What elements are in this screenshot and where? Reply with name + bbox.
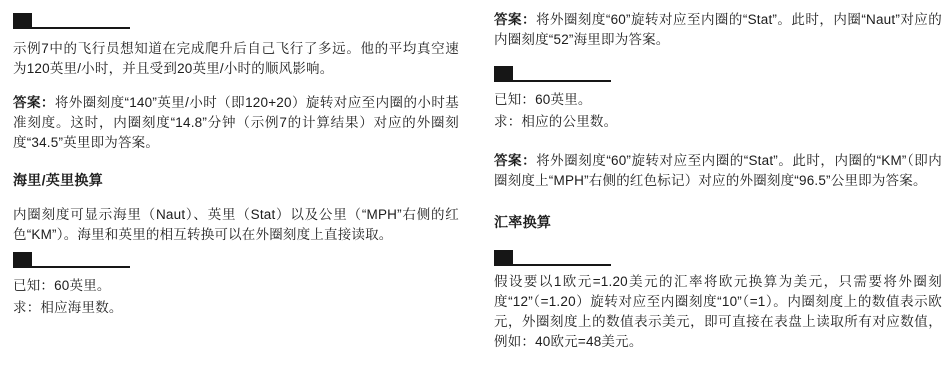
answer-paragraph-nautical: 答案：将外圈刻度“60”旋转对应至内圈的“Stat”。此时，内圈“Naut”对应…: [494, 10, 942, 50]
find-line: 求：相应的公里数。: [494, 111, 942, 133]
flight-distance-paragraph: 示例7中的飞行员想知道在完成爬升后自己飞行了多远。他的平均真空速为120英里/小…: [13, 39, 459, 79]
answer-text: 将外圈刻度“140”英里/小时（即120+20）旋转对应至内圈的小时基准刻度。这…: [13, 95, 459, 150]
example-heading-redaction-4: [494, 250, 611, 266]
answer-paragraph-distance: 答案：将外圈刻度“140”英里/小时（即120+20）旋转对应至内圈的小时基准刻…: [13, 93, 459, 153]
redaction-square-icon: [13, 13, 32, 29]
redaction-square-icon: [494, 250, 513, 266]
example-heading-redaction-2: [13, 252, 130, 268]
manual-page: 示例7中的飞行员想知道在完成爬升后自己飞行了多远。他的平均真空速为120英里/小…: [0, 0, 950, 374]
answer-label: 答案：: [494, 153, 536, 168]
redaction-square-icon: [494, 66, 513, 82]
example-heading-redaction-1: [13, 13, 130, 29]
section-heading-exchange-rate: 汇率换算: [494, 212, 942, 232]
inner-scale-text: 内圈刻度可显示海里（Naut）、英里（Stat）以及公里（“MPH”右侧的红色“…: [13, 207, 459, 242]
answer-text: 将外圈刻度“60”旋转对应至内圈的“Stat”。此时，内圈的“KM”（即内圈刻度…: [494, 153, 942, 188]
inner-scale-paragraph: 内圈刻度可显示海里（Naut）、英里（Stat）以及公里（“MPH”右侧的红色“…: [13, 205, 459, 245]
left-column: 示例7中的飞行员想知道在完成爬升后自己飞行了多远。他的平均真空速为120英里/小…: [13, 0, 459, 374]
example-heading-redaction-3: [494, 66, 611, 82]
answer-paragraph-kilometers: 答案：将外圈刻度“60”旋转对应至内圈的“Stat”。此时，内圈的“KM”（即内…: [494, 151, 942, 191]
answer-label: 答案：: [494, 12, 536, 27]
given-line: 已知：60英里。: [494, 89, 942, 111]
flight-distance-text: 示例7中的飞行员想知道在完成爬升后自己飞行了多远。他的平均真空速为120英里/小…: [13, 41, 459, 76]
section-heading-nautical-statute: 海里/英里换算: [13, 170, 459, 190]
answer-text: 将外圈刻度“60”旋转对应至内圈的“Stat”。此时，内圈“Naut”对应的内圈…: [494, 12, 942, 47]
exchange-rate-paragraph: 假设要以1欧元=1.20美元的汇率将欧元换算为美元，只需要将外圈刻度“12”（=…: [494, 272, 942, 352]
answer-label: 答案：: [13, 95, 55, 110]
redaction-square-icon: [13, 252, 32, 268]
right-column: 答案：将外圈刻度“60”旋转对应至内圈的“Stat”。此时，内圈“Naut”对应…: [494, 0, 942, 374]
find-line: 求：相应海里数。: [13, 297, 459, 319]
exchange-rate-text: 假设要以1欧元=1.20美元的汇率将欧元换算为美元，只需要将外圈刻度“12”（=…: [494, 274, 942, 349]
given-line: 已知：60英里。: [13, 275, 459, 297]
